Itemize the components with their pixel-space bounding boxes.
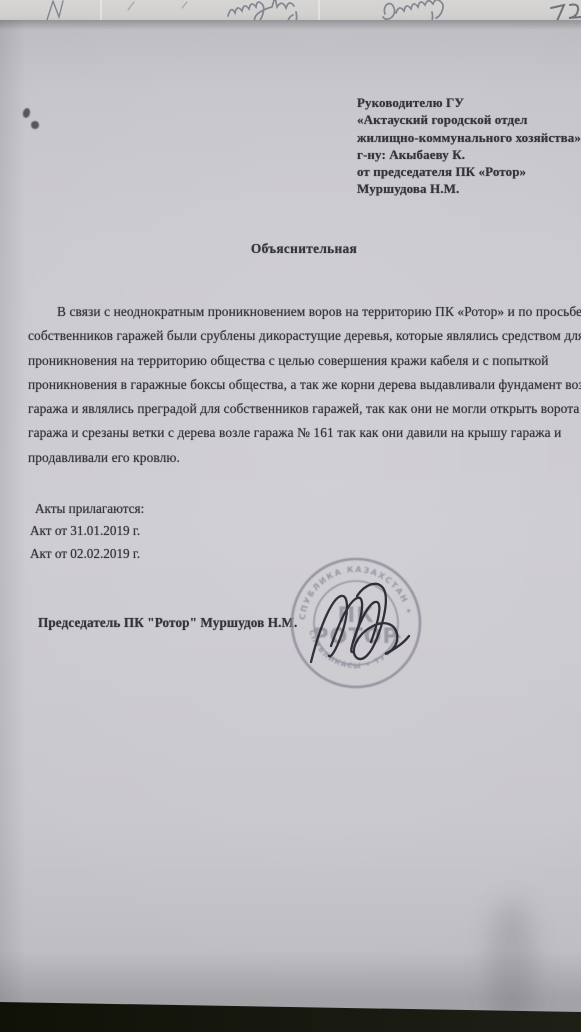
document-title: Объяснительная xyxy=(28,241,580,257)
ink-smudge xyxy=(31,121,39,129)
attachments-heading: Акты прилагаются: xyxy=(35,501,144,517)
body-paragraph: В связи с неоднократным проникновением в… xyxy=(28,300,580,470)
recipient-line: Руководителю ГУ xyxy=(357,94,581,111)
photographed-document: Руководителю ГУ «Актауский городской отд… xyxy=(0,0,581,1032)
body-line: гаража и являлись преградой для собствен… xyxy=(28,397,580,421)
round-stamp: ОБЛЫСЫ ✦ РЕСПУБЛИКА КАЗАХСТАН ✦ ГОРОД АК… xyxy=(283,550,433,700)
document-page: Руководителю ГУ «Актауский городской отд… xyxy=(0,20,581,1032)
recipient-line: г-ну: Акыбаеву К. xyxy=(357,146,581,163)
shadow-smudge xyxy=(488,900,536,1030)
recipient-line: «Актауский городской отдел xyxy=(357,111,581,128)
body-line: В связи с неоднократным проникновением в… xyxy=(28,300,580,324)
recipient-block: Руководителю ГУ «Актауский городской отд… xyxy=(357,94,581,198)
body-line: проникновения на территорию общества с ц… xyxy=(28,349,580,373)
body-line: проникновения в гаражные боксы общества,… xyxy=(28,373,580,397)
ink-smudge xyxy=(22,107,31,118)
attachment-item: Акт от 02.02.2019 г. xyxy=(30,546,140,562)
body-line: продавливали его кровлю. xyxy=(28,446,580,470)
body-line: гаража и срезаны ветки с дерева возле га… xyxy=(28,421,580,445)
body-line: собственников гаражей были срублены дико… xyxy=(28,324,580,348)
recipient-line: жилищно-коммунального хозяйства» xyxy=(357,129,581,146)
signature-title-line: Председатель ПК "Ротор" Муршудов Н.М. xyxy=(38,615,297,631)
recipient-line: от председателя ПК «Ротор» xyxy=(357,163,581,180)
recipient-line: Муршудова Н.М. xyxy=(357,180,581,197)
attachment-item: Акт от 31.01.2019 г. xyxy=(30,523,140,539)
